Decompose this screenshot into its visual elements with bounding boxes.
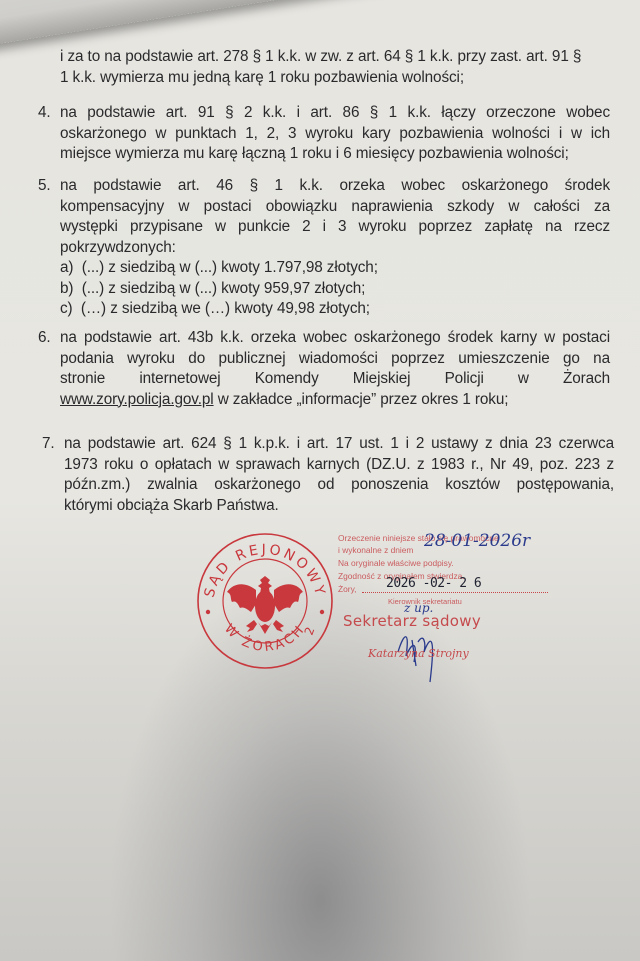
item-4: 4. na podstawie art. 91 § 2 k.k. i art. …	[38, 103, 610, 165]
text-line: na podstawie art. 624 § 1 k.p.k. i art. …	[64, 434, 614, 455]
text-line: oskarżonego w punktach 1, 2, 3 wyroku ka…	[60, 124, 610, 145]
subitem-label: b)	[60, 280, 73, 297]
text-line: www.zory.policja.gov.pl w zakładce „info…	[60, 390, 610, 411]
dotted-line	[362, 592, 548, 593]
item-7: 7. na podstawie art. 624 § 1 k.p.k. i ar…	[42, 434, 614, 516]
police-website-link[interactable]: www.zory.policja.gov.pl	[60, 391, 214, 408]
subitem-label: c)	[60, 300, 73, 317]
text-line: podania wyroku do publicznej wiadomości …	[60, 349, 610, 370]
finality-certification: Orzeczenie niniejsze stało się prawomocn…	[338, 532, 598, 692]
text-line: występki przypisane w punkcie 2 i 3 wyro…	[60, 217, 610, 238]
handwritten-date: 28-01-2026r	[424, 535, 530, 548]
subitem-label: a)	[60, 259, 73, 276]
text-line: miejsce wymierza mu karę łączną 1 roku i…	[60, 144, 610, 165]
subitem-a: a) (...) z siedzibą w (...) kwoty 1.797,…	[60, 258, 610, 279]
subitem-text: (...) z siedzibą w (...) kwoty 959,97 zł…	[82, 280, 366, 297]
item-3-continuation: i za to na podstawie art. 278 § 1 k.k. w…	[38, 47, 610, 88]
cert-line: Żory,	[338, 583, 356, 596]
item-number: 5.	[38, 176, 51, 197]
text-line: 1 k.k. wymierza mu jedną karę 1 roku poz…	[60, 68, 610, 89]
text-line: na podstawie art. 46 § 1 k.k. orzeka wob…	[60, 176, 610, 197]
item-number: 7.	[42, 434, 55, 455]
subitem-text: (...) z siedzibą w (...) kwoty 1.797,98 …	[82, 259, 378, 276]
item-5: 5. na podstawie art. 46 § 1 k.k. orzeka …	[38, 176, 610, 320]
eagle-emblem-icon	[227, 576, 303, 634]
subitem-c: c) (…) z siedzibą we (…) kwoty 49,98 zło…	[60, 299, 610, 320]
judgment-text: i za to na podstawie art. 278 § 1 k.k. w…	[0, 0, 640, 961]
text-line: i za to na podstawie art. 278 § 1 k.k. w…	[60, 47, 610, 68]
cert-line: i wykonalne z dniem	[338, 544, 413, 557]
text-line: kompensacyjny w postaci obowiązku napraw…	[60, 197, 610, 218]
text-line: na podstawie art. 91 § 2 k.k. i art. 86 …	[60, 103, 610, 124]
text-line: późn.zm.) zwalnia oskarżonego od ponosze…	[64, 475, 614, 496]
subitem-text: (…) z siedzibą we (…) kwoty 49,98 złotyc…	[81, 300, 370, 317]
text-line: którymi obciąża Skarb Państwa.	[64, 496, 614, 517]
text-line: stronie internetowej Komendy Miejskiej P…	[60, 369, 610, 390]
link-tail-text: w zakładce „informacje” przez okres 1 ro…	[214, 391, 509, 408]
court-seal: SĄD REJONOWY W ŻORACH 2	[194, 532, 336, 670]
subitem-b: b) (...) z siedzibą w (...) kwoty 959,97…	[60, 279, 610, 300]
secretary-name: Katarzyna Strojny	[368, 648, 469, 661]
item-6: 6. na podstawie art. 43b k.k. orzeka wob…	[38, 328, 610, 410]
item-number: 6.	[38, 328, 51, 349]
court-seal-graphic: SĄD REJONOWY W ŻORACH 2	[194, 532, 336, 670]
stamped-date: 2026 -02- 2 6	[386, 578, 481, 591]
text-line: pokrzywdzonych:	[60, 238, 610, 259]
text-line: na podstawie art. 43b k.k. orzeka wobec …	[60, 328, 610, 349]
text-line: 1973 roku o opłatach w sprawach karnych …	[64, 455, 614, 476]
cert-line: Na oryginale właściwe podpisy.	[338, 557, 454, 570]
item-number: 4.	[38, 103, 51, 124]
